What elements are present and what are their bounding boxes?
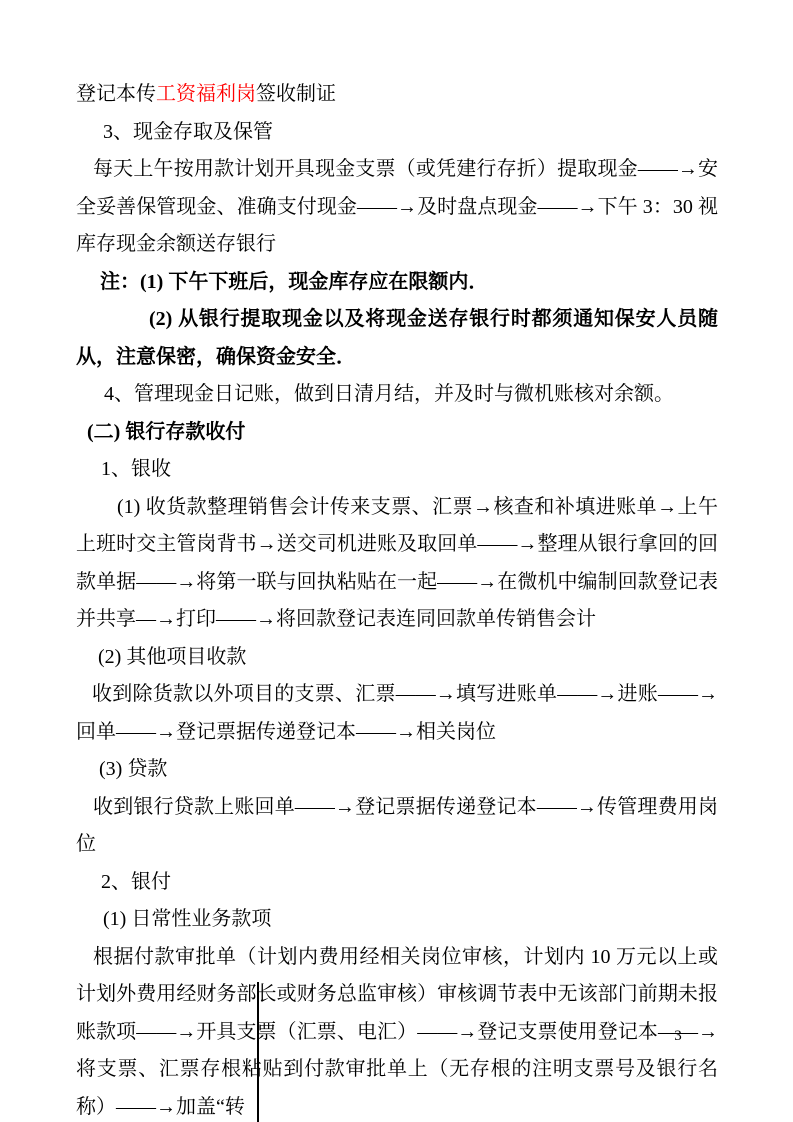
note-line-2: (2) 从银行提取现金以及将现金送存银行时都须通知保安人员随从，注意保密，确保资… xyxy=(76,301,718,376)
vertical-rule xyxy=(257,982,259,1122)
para-daily-cash-flow: 每天上午按用款计划开具现金支票（或凭建行存折）提取现金——→安全妥善保管现金、准… xyxy=(76,151,718,264)
heading-loan: (3) 贷款 xyxy=(76,751,718,789)
heading-cash-deposit-withdrawal: 3、现金存取及保管 xyxy=(76,114,718,152)
para-other-receipts-flow: 收到除货款以外项目的支票、汇票——→填写进账单——→进账——→回单——→登记票据… xyxy=(76,676,718,751)
heading-bank-payment: 2、银付 xyxy=(76,864,718,902)
note-line-1: 注：(1) 下午下班后，现金库存应在限额内． xyxy=(76,264,718,302)
document-body: 登记本传工资福利岗签收制证 3、现金存取及保管 每天上午按用款计划开具现金支票（… xyxy=(76,76,718,1122)
page-number: 3 xyxy=(664,1026,692,1046)
para-daily-business-payment-flow: 根据付款审批单（计划内费用经相关岗位审核，计划内 10 万元以上或计划外费用经财… xyxy=(76,939,718,1122)
para-goods-payment-receipt-flow: (1) 收货款整理销售会计传来支票、汇票→核查和补填进账单→上午上班时交主管岗背… xyxy=(76,489,718,639)
line1-highlight-red-text: 工资福利岗 xyxy=(156,83,256,105)
line1-prefix: 登记本传 xyxy=(76,83,156,105)
heading-daily-business-items: (1) 日常性业务款项 xyxy=(76,901,718,939)
heading-other-project-receipts: (2) 其他项目收款 xyxy=(76,639,718,677)
line1-suffix: 签收制证 xyxy=(256,83,336,105)
heading-bank-deposit-receipt-payment: (二) 银行存款收付 xyxy=(76,414,718,452)
para-loan-receipt-flow: 收到银行贷款上账回单——→登记票据传递登记本——→传管理费用岗位 xyxy=(76,789,718,864)
para-register-transfer: 登记本传工资福利岗签收制证 xyxy=(76,76,718,114)
para-cash-journal: 4、管理现金日记账，做到日清月结，并及时与微机账核对余额。 xyxy=(76,376,718,414)
heading-bank-receipt: 1、银收 xyxy=(76,451,718,489)
